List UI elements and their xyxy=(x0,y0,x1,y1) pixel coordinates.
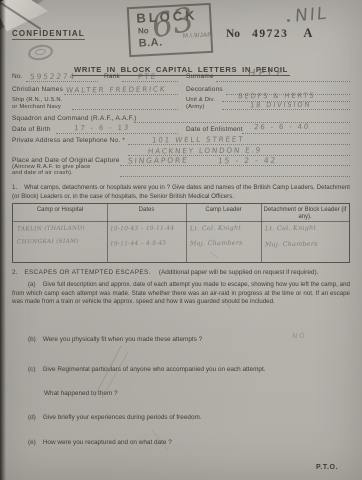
cell-block-leader: Maj. Chambers xyxy=(265,241,318,249)
field-squadron-label: Squadron and Command (R.A.F., A.A.F.) xyxy=(12,115,136,122)
field-christian-value: WALTER FREDERICK xyxy=(66,84,167,94)
question-2e-label: (e) xyxy=(28,439,36,446)
question-2c-text: Give Regimental particulars of anyone wh… xyxy=(42,366,265,373)
question-1-text: What camps, detachments or hospitals wer… xyxy=(12,184,350,200)
cell-dates: 10-10-43 – 19-11-44 xyxy=(110,226,174,233)
field-squadron-line xyxy=(134,122,350,123)
question-2b: (b)Were you physically fit when you made… xyxy=(28,336,202,343)
field-unit-label1: Unit & Div. xyxy=(186,97,215,103)
field-christian-label: Christian Names xyxy=(12,86,63,93)
cell-camp: TAKLIN (THAILAND) xyxy=(17,226,85,233)
question-2b-label: (b) xyxy=(28,336,36,343)
field-ship-label2: or Merchant Navy xyxy=(12,104,61,110)
field-enlistment-line xyxy=(242,133,350,134)
question-2c-followup: What happened to them ? xyxy=(44,390,118,397)
field-rank-value: PTE xyxy=(138,72,158,81)
table-header-camp: Camp or Hospital xyxy=(13,207,107,214)
table-header-rule xyxy=(13,221,349,222)
question-2c: (c)Give Regimental particulars of anyone… xyxy=(28,366,266,373)
field-address-value2: HACKNEY LONDON E.9 xyxy=(148,145,263,155)
cell-block-leader: Lt. Col. Knight xyxy=(265,225,316,233)
form-code-label: M.I.9/JAP. xyxy=(183,32,213,39)
field-unit-value1: BEDFS & HERTS xyxy=(238,92,316,101)
field-rank-line xyxy=(122,81,178,82)
pto-label: P.T.O. xyxy=(316,464,338,471)
cell-leader: Maj. Chambers xyxy=(190,240,243,248)
serial-digits: 49723 xyxy=(252,28,288,40)
question-2a-label: (a) xyxy=(28,281,36,288)
camp-table: Camp or Hospital Dates Camp Leader Detac… xyxy=(12,203,350,263)
field-dob-value: 17 - 6 - 13 xyxy=(74,124,131,133)
section-2-number: 2. xyxy=(12,269,17,276)
question-2a: (a)Give full description and approx. dat… xyxy=(12,281,350,307)
field-rank-label: Rank xyxy=(104,73,120,80)
field-enlistment-label: Date of Enlistment xyxy=(186,126,243,133)
field-capture-line1 xyxy=(120,165,350,166)
field-no-label: No. xyxy=(12,73,23,80)
section-2-note: (Additional paper will be supplied on re… xyxy=(159,269,319,276)
nil-annotation: NIL xyxy=(295,3,329,26)
question-2c-label: (c) xyxy=(28,366,35,373)
table-header-leader: Camp Leader xyxy=(186,207,261,214)
field-ship-label1: Ship (R.N., U.S.N. xyxy=(12,97,63,103)
table-header-block-leader: Detachment or Block Leader (if any). xyxy=(263,207,347,221)
question-2e-text: How were you recaptured and on what date… xyxy=(43,439,172,446)
field-enlistment-value: 26 - 6 - 40 xyxy=(254,123,311,132)
question-1-number: 1. xyxy=(12,184,17,191)
stamp-no-label: No xyxy=(138,26,149,36)
question-2b-text: Were you physically fit when you made th… xyxy=(43,336,202,343)
left-edge-shadow xyxy=(0,0,6,480)
field-capture-label1: Place and Date of Original Capture xyxy=(12,157,120,164)
question-2d: (d)Give briefly your experiences during … xyxy=(28,414,202,421)
section-2-title: ESCAPES OR ATTEMPTED ESCAPES. xyxy=(24,269,151,276)
field-no-value: 5952274 xyxy=(30,72,77,81)
block-allocation-stamp: BLOCK No B.A. 63 xyxy=(127,3,214,57)
pencil-dot xyxy=(287,19,290,22)
field-dob-line xyxy=(56,133,178,134)
cell-leader: Lt. Col. Knight xyxy=(190,225,241,233)
field-address-value1: 101 WELL STREET xyxy=(152,135,245,145)
field-dob-label: Date of Birth xyxy=(12,126,51,133)
field-decorations-label: Decorations xyxy=(186,86,223,93)
field-surname-line xyxy=(216,81,350,82)
cell-dates: 19-11-44 – 4-8-45 xyxy=(110,241,166,248)
field-ship-line xyxy=(72,109,178,110)
section-2-heading: 2.ESCAPES OR ATTEMPTED ESCAPES.(Addition… xyxy=(12,269,318,276)
table-header-dates: Dates xyxy=(107,207,186,214)
question-2d-text: Give briefly your experiences during per… xyxy=(43,414,202,421)
field-capture-label3: and date of air crash). xyxy=(12,170,73,176)
question-1: 1.What camps, detachments or hospitals w… xyxy=(12,184,350,201)
field-unit-label2: (Army) xyxy=(186,104,205,110)
field-capture-date: 15 - 2 - 42 xyxy=(218,156,278,166)
cell-camp: CHUNGKAI (SIAM) xyxy=(17,239,79,246)
serial-prefix: No xyxy=(226,28,240,40)
field-address-label: Private Address and Telephone No. * xyxy=(12,137,125,144)
serial-number: No49723A xyxy=(226,26,312,41)
field-unit-line2 xyxy=(222,109,350,110)
field-capture-place: SINGAPORE xyxy=(128,156,189,166)
field-surname-label: Surname xyxy=(186,73,214,80)
question-2a-text: Give full description and approx. date o… xyxy=(12,281,350,305)
confidential-stamp: CONFIDENTIAL xyxy=(12,29,85,40)
question-2e: (e)How were you recaptured and on what d… xyxy=(28,439,172,446)
field-surname-value: HELE xyxy=(248,68,287,79)
table-divider xyxy=(261,204,262,262)
field-capture-line2 xyxy=(120,176,350,177)
serial-letter: A xyxy=(303,26,312,40)
answer-2b: NO xyxy=(292,332,307,340)
question-2d-label: (d) xyxy=(28,414,36,421)
field-unit-value2: 18 DIVISION xyxy=(250,101,312,110)
scanned-pow-questionnaire: CONFIDENTIAL BLOCK No B.A. 63 M.I.9/JAP.… xyxy=(0,0,362,480)
